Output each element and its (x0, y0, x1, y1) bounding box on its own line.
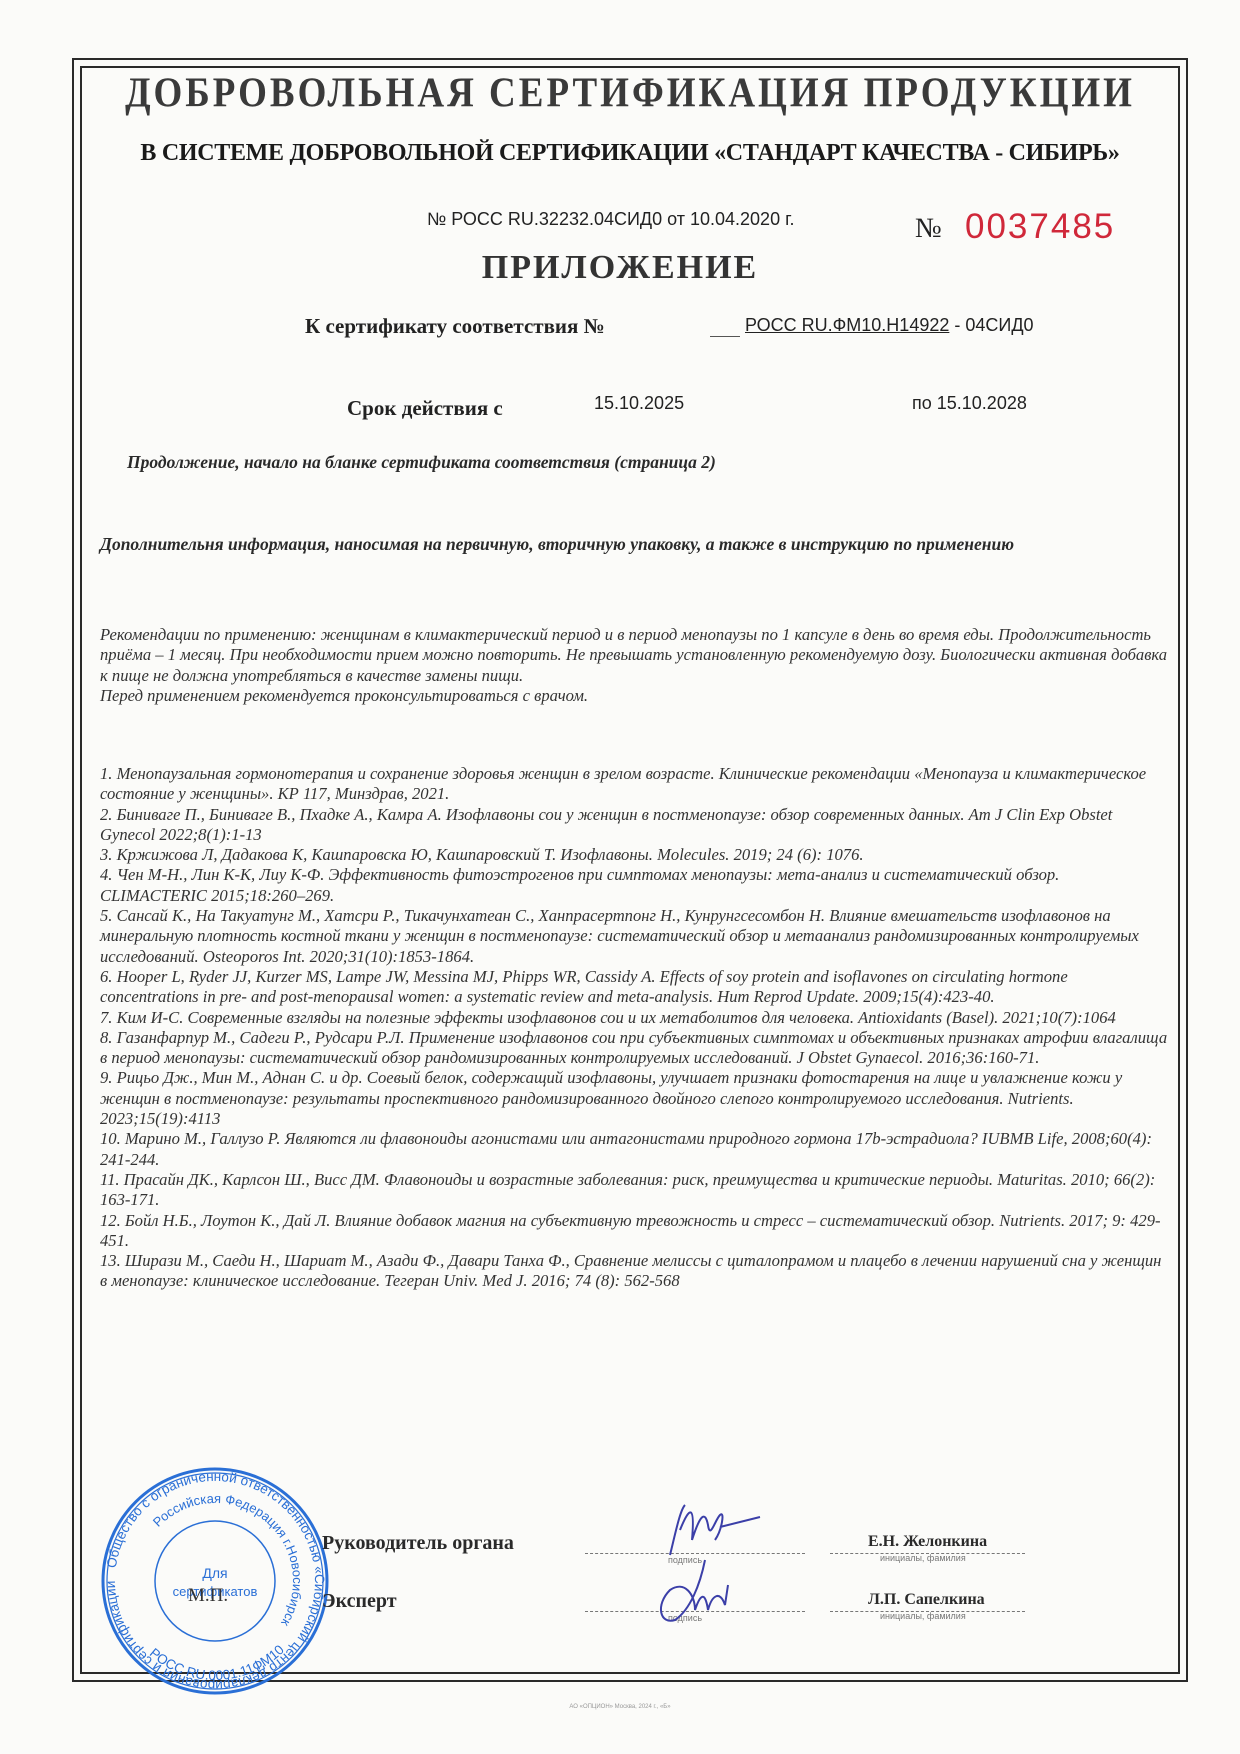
reference-item: 6. Hooper L, Ryder JJ, Kurzer MS, Lampe … (100, 967, 1170, 1008)
reference-item: 10. Марино М., Галлузо Р. Являются ли фл… (100, 1129, 1170, 1170)
reference-item: 9. Рицьо Дж., Мин М., Аднан С. и др. Сое… (100, 1068, 1170, 1129)
reference-item: 11. Прасайн ДК., Карлсон Ш., Висс ДМ. Фл… (100, 1170, 1170, 1211)
certificate-number: РОСС RU.ФМ10.Н14922 - 04СИД0 (745, 315, 1034, 336)
expert-name: Л.П. Сапелкина (868, 1591, 985, 1609)
reference-item: 1. Менопаузальная гормонотерапия и сохра… (100, 764, 1170, 805)
expert-label: Эксперт (322, 1590, 397, 1613)
head-name-caption: инициалы, фамилия (880, 1553, 966, 1563)
certification-system-subtitle: В СИСТЕМЕ ДОБРОВОЛЬНОЙ СЕРТИФИКАЦИИ «СТА… (80, 140, 1180, 167)
valid-from-date: 15.10.2025 (594, 393, 684, 414)
reference-item: 2. Биниваге П., Биниваге В., Пхадке А., … (100, 805, 1170, 846)
valid-to-date: по 15.10.2028 (912, 393, 1027, 414)
certification-stamp: Общество с ограниченной ответственностью… (100, 1466, 330, 1696)
reference-item: 4. Чен М-Н., Лин К-К, Лиу К-Ф. Эффективн… (100, 865, 1170, 906)
recommendation-paragraph: Рекомендации по применению: женщинам в к… (100, 625, 1170, 686)
expert-name-caption: инициалы, фамилия (880, 1611, 966, 1621)
serial-number-label: № (915, 213, 942, 245)
registration-number: № РОСС RU.32232.04СИД0 от 10.04.2020 г. (427, 209, 794, 230)
expert-signature-icon (650, 1555, 770, 1635)
additional-info-heading: Дополнительня информация, наносимая на п… (100, 531, 1130, 557)
reference-item: 5. Сансай К., На Такуатунг М., Хатсри Р.… (100, 906, 1170, 967)
head-name: Е.Н. Желонкина (868, 1533, 987, 1551)
seal-placeholder: М.П. (188, 1585, 228, 1607)
serial-number: 0037485 (965, 207, 1115, 247)
reference-item: 3. Кржижова Л, Дадакова К, Кашпаровска Ю… (100, 845, 1170, 865)
certificate-number-suffix: - 04СИД0 (949, 315, 1033, 335)
certificate-number-label: К сертификату соответствия № (305, 314, 605, 339)
reference-item: 8. Газанфарпур М., Садеги Р., Рудсари Р.… (100, 1028, 1170, 1069)
document-title: ДОБРОВОЛЬНАЯ СЕРТИФИКАЦИЯ ПРОДУКЦИИ (80, 69, 1180, 118)
stamp-middle-ring-text: Российская Федерация г.Новосибирск (150, 1491, 305, 1629)
certificate-number-main: РОСС RU.ФМ10.Н14922 (745, 315, 949, 335)
svg-text:Российская Федерация г.Новоси: Российская Федерация г.Новосибирск (150, 1491, 305, 1629)
usage-recommendations: Рекомендации по применению: женщинам в к… (100, 625, 1170, 706)
certificate-number-blank-line (710, 318, 740, 337)
validity-label: Срок действия с (347, 396, 503, 421)
reference-item: 13. Ширази М., Саеди Н., Шариат М., Азад… (100, 1251, 1170, 1292)
recommendation-paragraph: Перед применением рекомендуется проконсу… (100, 686, 1170, 706)
annex-title: ПРИЛОЖЕНИЕ (0, 249, 1240, 287)
continuation-note: Продолжение, начало на бланке сертификат… (127, 452, 716, 473)
svg-text:Для: Для (202, 1565, 227, 1581)
head-of-body-label: Руководитель органа (322, 1532, 514, 1555)
references-list: 1. Менопаузальная гормонотерапия и сохра… (100, 764, 1170, 1292)
reference-item: 7. Ким И-С. Современные взгляды на полез… (100, 1008, 1170, 1028)
reference-item: 12. Бойл Н.Б., Лоутон К., Дай Л. Влияние… (100, 1211, 1170, 1252)
printer-footer: АО «ОПЦИОН» Москва, 2024 г., «Б» (0, 1704, 1240, 1710)
